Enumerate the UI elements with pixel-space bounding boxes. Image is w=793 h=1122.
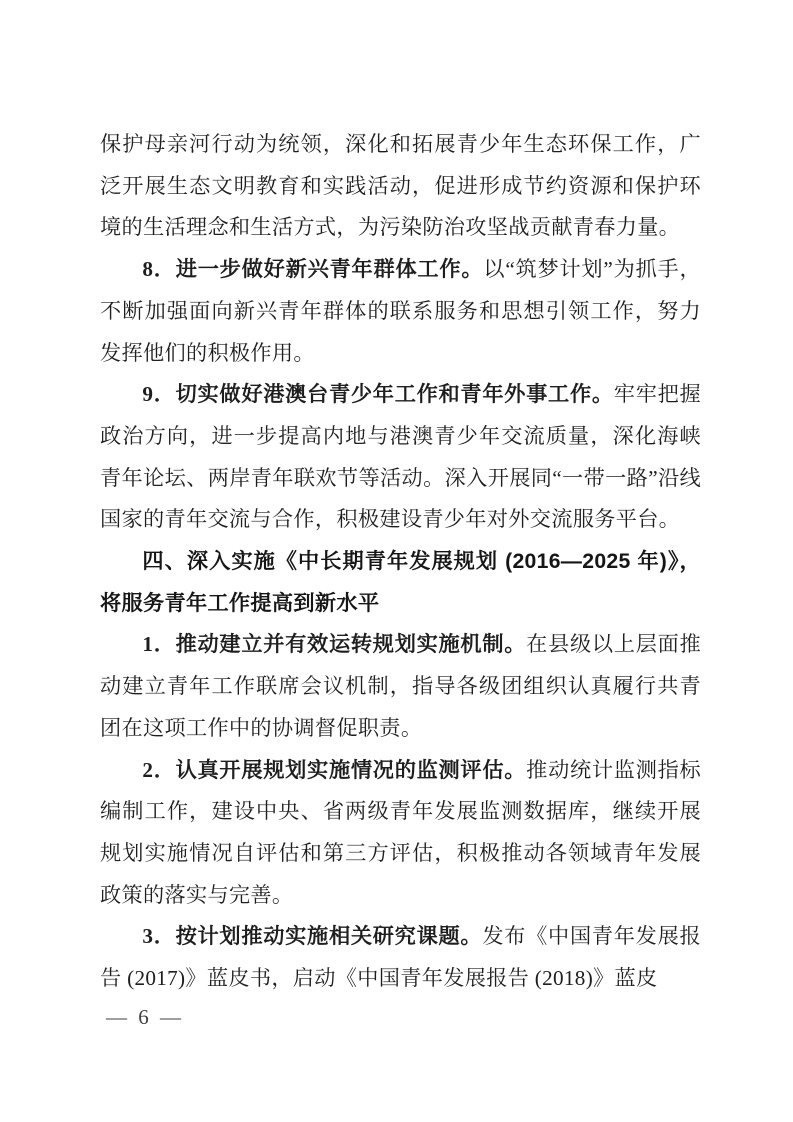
paragraph-lead: 9．切实做好港澳台青少年工作和青年外事工作。 [142,382,613,406]
paragraph-lead: 3．按计划推动实施相关研究课题。 [142,924,482,948]
document-page: 保护母亲河行动为统领，深化和拓展青少年生态环保工作，广泛开展生态文明教育和实践活… [0,0,793,1122]
paragraph-item-8: 8．进一步做好新兴青年群体工作。以“筑梦计划”为抓手，不断加强面向新兴青年群体的… [100,249,701,374]
paragraph-item-3: 3．按计划推动实施相关研究课题。发布《中国青年发展报告 (2017)》蓝皮书，启… [100,916,701,999]
paragraph-item-9: 9．切实做好港澳台青少年工作和青年外事工作。牢牢把握政治方向，进一步提高内地与港… [100,374,701,541]
page-number: — 6 — [106,1004,184,1030]
section-heading-4: 四、深入实施《中长期青年发展规划 (2016—2025 年)》，将服务青年工作提… [100,541,701,624]
paragraph-continuation: 保护母亲河行动为统领，深化和拓展青少年生态环保工作，广泛开展生态文明教育和实践活… [100,124,701,249]
paragraph-lead: 8．进一步做好新兴青年群体工作。 [142,257,483,281]
paragraph-lead: 1．推动建立并有效运转规划实施机制。 [142,632,526,656]
document-body: 保护母亲河行动为统领，深化和拓展青少年生态环保工作，广泛开展生态文明教育和实践活… [100,124,701,1000]
paragraph-item-2: 2．认真开展规划实施情况的监测评估。推动统计监测指标编制工作，建设中央、省两级青… [100,750,701,917]
paragraph-text: 保护母亲河行动为统领，深化和拓展青少年生态环保工作，广泛开展生态文明教育和实践活… [100,132,701,239]
paragraph-item-1: 1．推动建立并有效运转规划实施机制。在县级以上层面推动建立青年工作联席会议机制，… [100,624,701,749]
paragraph-lead: 2．认真开展规划实施情况的监测评估。 [142,758,526,782]
